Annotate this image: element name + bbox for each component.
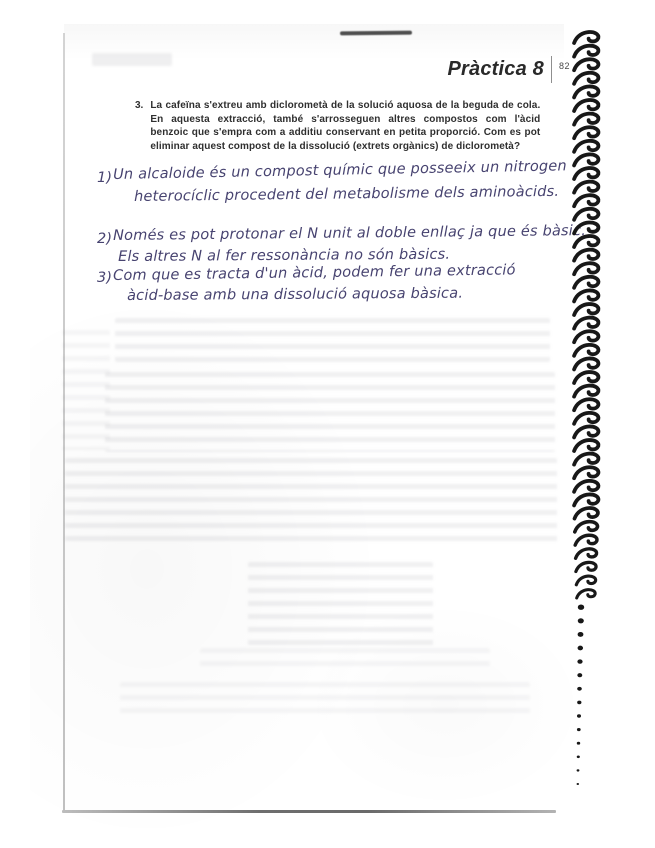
answer-2-line-1: Només es pot protonar el N unit al doble… xyxy=(113,223,586,244)
question-number: 3. xyxy=(135,99,143,153)
scanned-page: Pràctica 8 82 3. La cafeïna s'extreu amb… xyxy=(0,0,655,848)
spiral-binding xyxy=(564,24,610,814)
answer-2-line-2: Els altres N al fer ressonància no són b… xyxy=(118,247,450,265)
showthrough-block-3 xyxy=(65,458,557,548)
showthrough-block-1 xyxy=(115,318,550,362)
showthrough-block-2 xyxy=(105,372,555,452)
answer-1-line-1: Un alcaloide és un compost químic que po… xyxy=(113,158,567,183)
showthrough-block-5 xyxy=(120,682,530,718)
page-top-edge-mark xyxy=(340,31,412,36)
page-title: Pràctica 8 xyxy=(447,56,544,82)
question-block: 3. La cafeïna s'extreu amb diclorometà d… xyxy=(135,99,547,153)
showthrough-header xyxy=(92,53,172,66)
page-header: Pràctica 8 82 xyxy=(360,56,570,83)
showthrough-block-centered xyxy=(248,562,433,646)
answer-2-number: 2) xyxy=(97,231,112,247)
answer-3-number: 3) xyxy=(97,270,112,286)
header-divider xyxy=(551,56,552,83)
question-text: La cafeïna s'extreu amb diclorometà de l… xyxy=(150,99,540,153)
showthrough-block-4 xyxy=(200,648,490,672)
answer-1-number: 1) xyxy=(97,170,112,186)
showthrough-margin-column xyxy=(62,330,110,450)
answer-3-line-1: Com que es tracta d'un àcid, podem fer u… xyxy=(113,262,516,284)
page-bottom-edge xyxy=(62,810,556,813)
answer-3-line-2: àcid-base amb una dissolució aquosa bàsi… xyxy=(127,286,463,304)
answer-1-line-2: heterocíclic procedent del metabolisme d… xyxy=(134,184,559,205)
